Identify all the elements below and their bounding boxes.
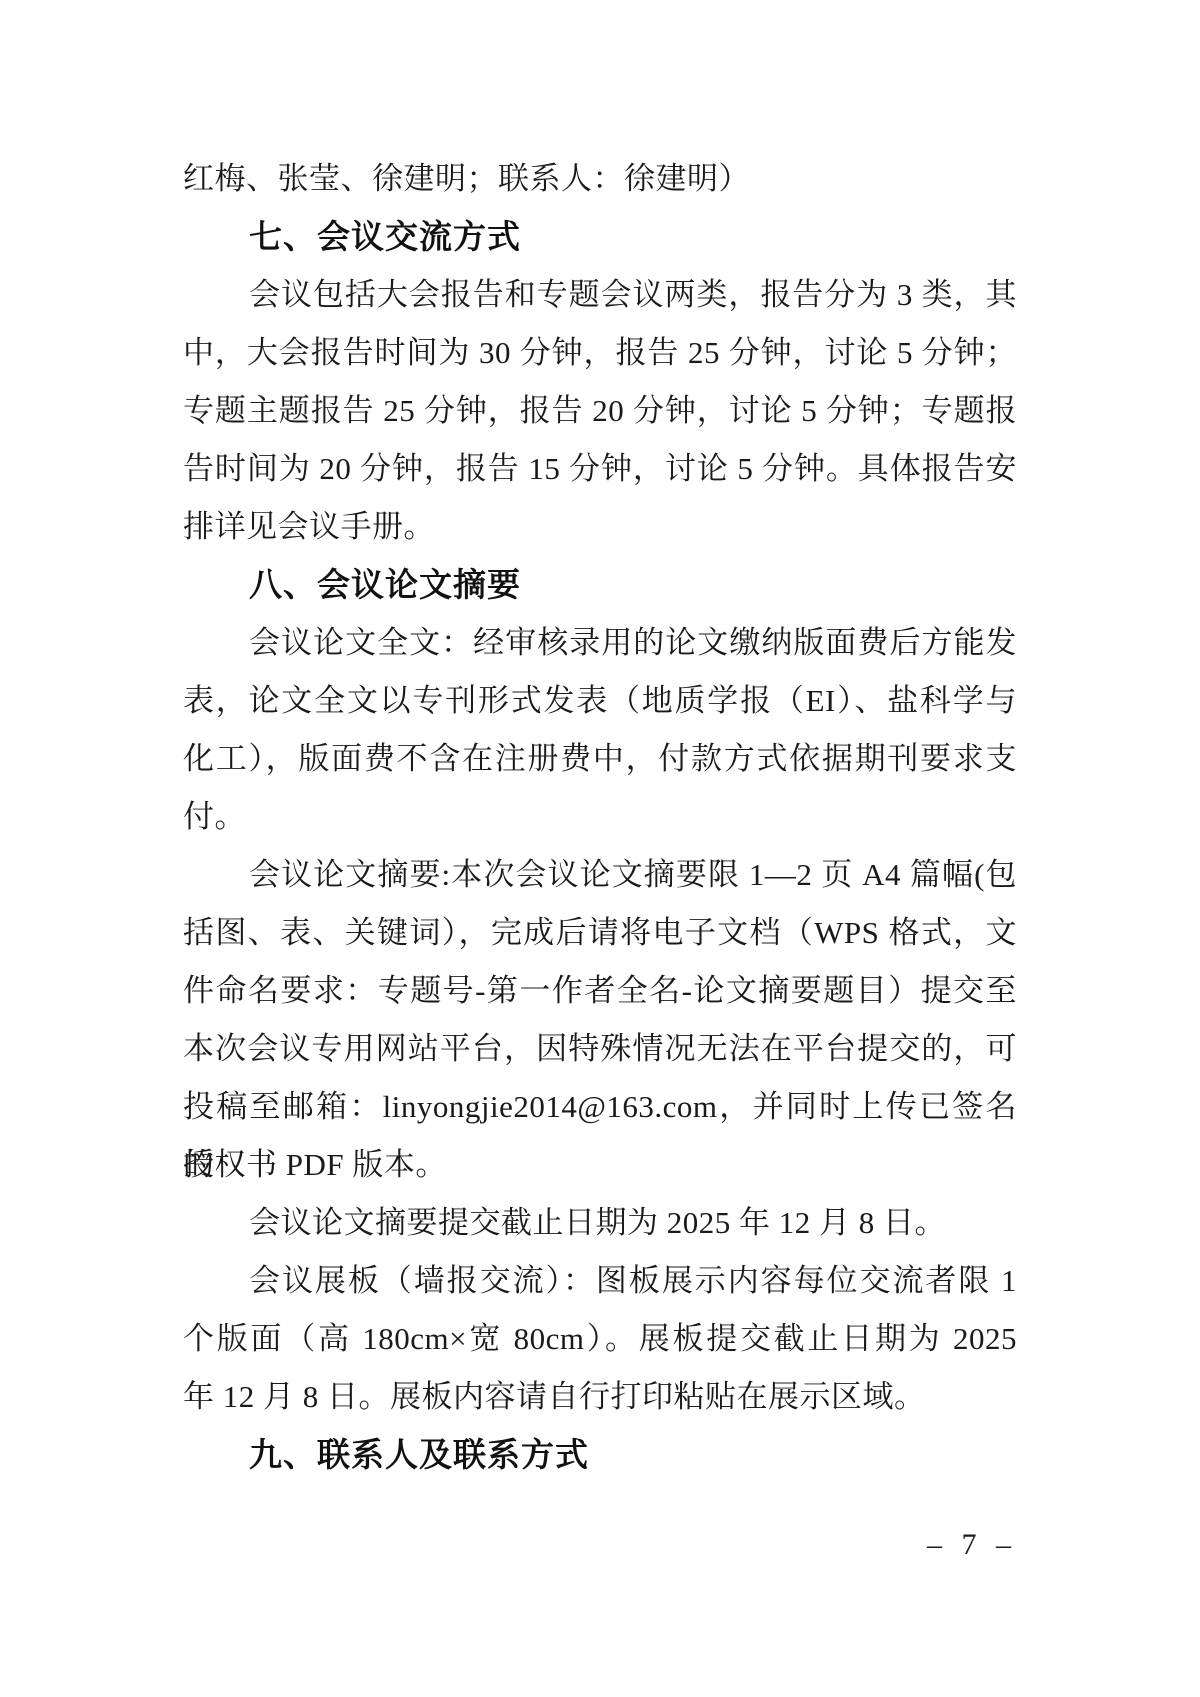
- text-line: 红梅、张莹、徐建明；联系人：徐建明）: [183, 150, 1017, 208]
- text-line: 会议包括大会报告和专题会议两类，报告分为 3 类，其: [183, 266, 1017, 324]
- text-line: 排详见会议手册。: [183, 498, 1017, 556]
- text-line: 本次会议专用网站平台，因特殊情况无法在平台提交的，可: [183, 1020, 1017, 1078]
- section-heading: 九、联系人及联系方式: [183, 1426, 1017, 1484]
- text-line: 件命名要求：专题号-第一作者全名-论文摘要题目）提交至: [183, 962, 1017, 1020]
- page-number: – 7 –: [927, 1528, 1017, 1562]
- text-line: 付。: [183, 788, 1017, 846]
- text-line: 括图、表、关键词），完成后请将电子文档（WPS 格式，文: [183, 904, 1017, 962]
- section-heading: 八、会议论文摘要: [183, 556, 1017, 614]
- text-line: 年 12 月 8 日。展板内容请自行打印粘贴在展示区域。: [183, 1368, 1017, 1426]
- text-line: 投稿至邮箱：linyongjie2014@163.com，并同时上传已签名的: [183, 1078, 1017, 1136]
- text-line: 个版面（高 180cm×宽 80cm）。展板提交截止日期为 2025: [183, 1310, 1017, 1368]
- text-line: 会议论文摘要:本次会议论文摘要限 1—2 页 A4 篇幅(包: [183, 846, 1017, 904]
- document-page: 红梅、张莹、徐建明；联系人：徐建明）七、会议交流方式会议包括大会报告和专题会议两…: [0, 0, 1200, 1697]
- section-heading: 七、会议交流方式: [183, 208, 1017, 266]
- text-line: 告时间为 20 分钟，报告 15 分钟，讨论 5 分钟。具体报告安: [183, 440, 1017, 498]
- text-line: 表，论文全文以专刊形式发表（地质学报（EI）、盐科学与: [183, 672, 1017, 730]
- text-line: 会议论文全文：经审核录用的论文缴纳版面费后方能发: [183, 614, 1017, 672]
- document-content: 红梅、张莹、徐建明；联系人：徐建明）七、会议交流方式会议包括大会报告和专题会议两…: [183, 150, 1017, 1484]
- text-line: 专题主题报告 25 分钟，报告 20 分钟，讨论 5 分钟；专题报: [183, 382, 1017, 440]
- text-line: 会议论文摘要提交截止日期为 2025 年 12 月 8 日。: [183, 1194, 1017, 1252]
- text-line: 会议展板（墙报交流）：图板展示内容每位交流者限 1: [183, 1252, 1017, 1310]
- text-line: 授权书 PDF 版本。: [183, 1136, 1017, 1194]
- text-line: 化工），版面费不含在注册费中，付款方式依据期刊要求支: [183, 730, 1017, 788]
- text-line: 中，大会报告时间为 30 分钟，报告 25 分钟，讨论 5 分钟；: [183, 324, 1017, 382]
